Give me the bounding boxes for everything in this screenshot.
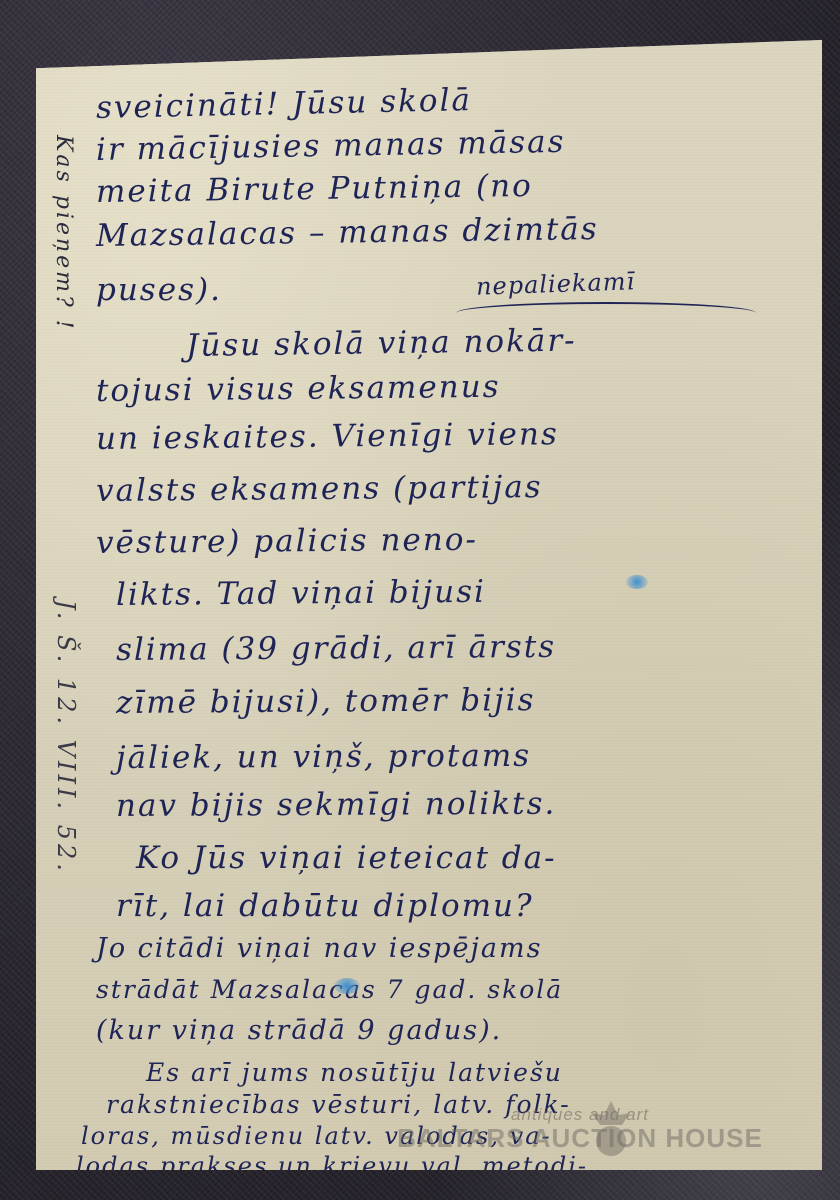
letter-line-22: rakstniecības vēsturi, latv. folk- bbox=[106, 1090, 571, 1119]
letter-line-17: rīt, lai dabūtu diplomu? bbox=[116, 888, 534, 924]
ink-stain bbox=[626, 575, 648, 589]
letter-line-11: likts. Tad viņai bijusi bbox=[116, 574, 486, 613]
letter-line-16: Ko Jūs viņai ieteicat da- bbox=[136, 840, 557, 876]
letter-line-3: meita Birute Putniņa (no bbox=[96, 168, 533, 210]
letter-line-2: ir mācījusies manas māsas bbox=[96, 124, 566, 168]
insertion-text: nepaliekamī bbox=[476, 267, 636, 301]
letter-line-20: (kur viņa strādā 9 gadus). bbox=[96, 1015, 502, 1046]
letter-line-14: jāliek, un viņš, protams bbox=[116, 738, 531, 776]
margin-vertical-note: Kas pieņem? ! bbox=[51, 135, 76, 332]
letter-line-21: Es arī jums nosūtīju latviešu bbox=[146, 1058, 563, 1087]
letter-line-12: slima (39 grādi, arī ārsts bbox=[116, 629, 556, 668]
letter-line-15: nav bijis sekmīgi nolikts. bbox=[116, 786, 556, 824]
letter-line-4: Mazsalacas – manas dzimtās bbox=[96, 211, 599, 254]
letter-line-5: puses). bbox=[96, 272, 222, 308]
letter-line-23: loras, mūsdienu latv. valodas, va- bbox=[81, 1122, 552, 1150]
letter-line-19: strādāt Mazsalacas 7 gad. skolā bbox=[96, 975, 563, 1004]
ink-stain bbox=[334, 978, 360, 994]
postcard: sveicināti! Jūsu skolā ir mācījusies man… bbox=[36, 40, 822, 1170]
insertion-mark bbox=[456, 302, 756, 324]
letter-line-18: Jo citādi viņai nav iespējams bbox=[96, 933, 542, 964]
margin-date-signature: J. Š. 12. VIII. 52. bbox=[52, 600, 80, 875]
letter-line-1: sveicināti! Jūsu skolā bbox=[96, 82, 473, 126]
letter-line-10: vēsture) palicis neno- bbox=[96, 522, 478, 561]
letter-line-8: un ieskaites. Vienīgi viens bbox=[96, 416, 559, 457]
letter-line-7: tojusi visus eksamenus bbox=[96, 369, 501, 409]
letter-line-13: zīmē bijusi), tomēr bijis bbox=[116, 682, 536, 721]
letter-line-9: valsts eksamens (partijas bbox=[96, 469, 543, 509]
letter-line-6: Jūsu skolā viņa nokār- bbox=[186, 323, 577, 364]
